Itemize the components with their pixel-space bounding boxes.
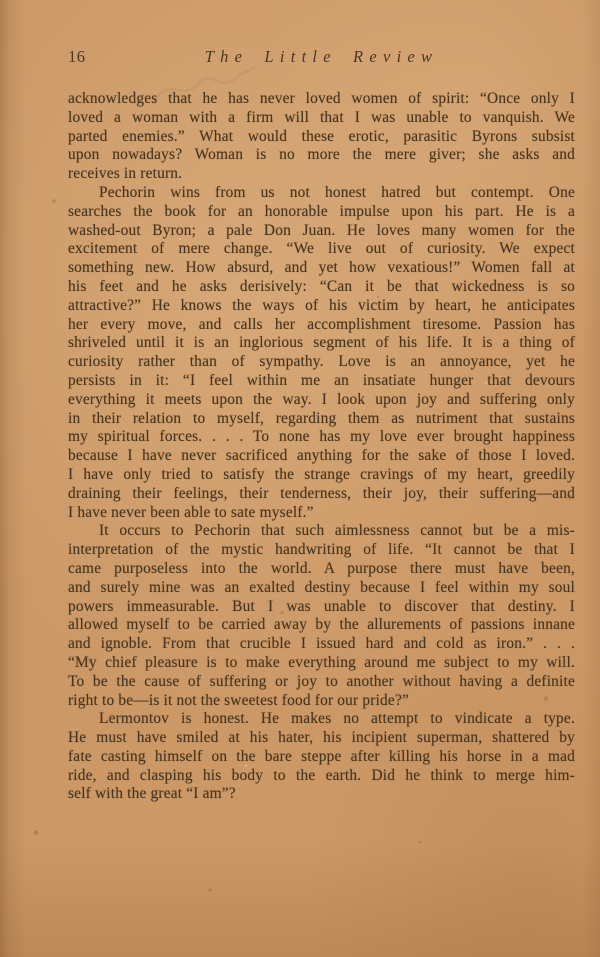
paragraph: acknowledges that he has never loved wom… — [68, 90, 575, 184]
text-line: excitement of mere change. “We live out … — [68, 240, 575, 259]
text-line: and surely mine was an exalted destiny b… — [68, 579, 575, 598]
text-line: It occurs to Pechorin that such aimlessn… — [68, 522, 575, 541]
paragraph: Lermontov is honest. He makes no attempt… — [68, 710, 575, 804]
text-line: washed-out Byron; a pale Don Juan. He lo… — [68, 222, 575, 241]
text-line: persists in it: “I feel within me an ins… — [68, 372, 575, 391]
text-line: upon nowadays? Woman is no more the mere… — [68, 146, 575, 165]
paragraph: It occurs to Pechorin that such aimlessn… — [68, 522, 575, 710]
book-page: 16 The Little Review acknowledges that h… — [0, 0, 600, 957]
paragraph: Pechorin wins from us not honest hatred … — [68, 184, 575, 522]
text-line: allowed myself to be carried away by the… — [68, 616, 575, 635]
text-line: and ignoble. From that crucible I issued… — [68, 635, 575, 654]
text-line: parted enemies.” What would these erotic… — [68, 128, 575, 147]
text-line: I have only tried to satisfy the strange… — [68, 466, 575, 485]
text-line: “My chief pleasure is to make everything… — [68, 654, 575, 673]
text-line: her every move, and calls her accomplish… — [68, 316, 575, 335]
body-text: acknowledges that he has never loved wom… — [68, 90, 575, 804]
text-line: Lermontov is honest. He makes no attempt… — [68, 710, 575, 729]
text-line: fate casting himself on the bare steppe … — [68, 748, 575, 767]
journal-title: The Little Review — [68, 47, 575, 67]
text-line: receives in return. — [68, 165, 575, 184]
text-line: his feet and he asks derisively: “Can it… — [68, 278, 575, 297]
text-line: To be the cause of suffering or joy to a… — [68, 673, 575, 692]
text-line: draining their feelings, their tendernes… — [68, 485, 575, 504]
text-line: in their relation to myself, regarding t… — [68, 410, 575, 429]
text-line: loved a woman with a firm will that I wa… — [68, 109, 575, 128]
text-line: interpretation of the mystic handwriting… — [68, 541, 575, 560]
text-line: my spiritual forces. . . . To none has m… — [68, 428, 575, 447]
text-line: because I have never sacrificed anything… — [68, 447, 575, 466]
text-line: shriveled until it is an inglorious segm… — [68, 334, 575, 353]
text-line: I have never been able to sate myself.” — [68, 504, 575, 523]
text-line: everything it meets upon the way. I look… — [68, 391, 575, 410]
text-line: attractive?” He knows the ways of his vi… — [68, 297, 575, 316]
text-line: powers immeasurable. But I was unable to… — [68, 598, 575, 617]
text-line: self with the great “I am”? — [68, 785, 575, 804]
text-line: came purposeless into the world. A purpo… — [68, 560, 575, 579]
text-line: He must have smiled at his hater, his in… — [68, 729, 575, 748]
text-line: right to be—is it not the sweetest food … — [68, 692, 575, 711]
running-header: 16 The Little Review — [68, 47, 575, 69]
text-line: Pechorin wins from us not honest hatred … — [68, 184, 575, 203]
text-line: acknowledges that he has never loved wom… — [68, 90, 575, 109]
text-line: curiosity rather than of sympathy. Love … — [68, 353, 575, 372]
text-line: searches the book for an honorable impul… — [68, 203, 575, 222]
text-line: ride, and clasping his body to the earth… — [68, 767, 575, 786]
text-line: something new. How absurd, and yet how v… — [68, 259, 575, 278]
